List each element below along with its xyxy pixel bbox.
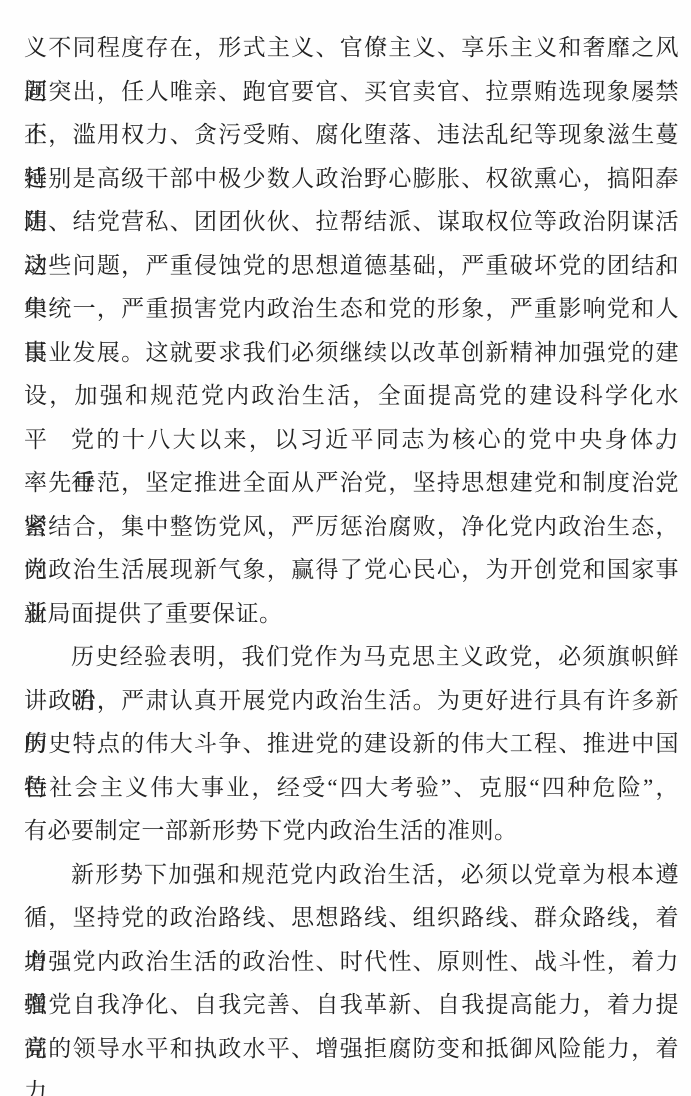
text-line: 增强党内政治生活的政治性、时代性、原则性、战斗性，着力增 [24, 940, 679, 984]
document-background: { "page": { "background_color": "#fefefe… [0, 0, 691, 1096]
text-line: 历史经验表明，我们党作为马克思主义政党，必须旗帜鲜明 [24, 635, 679, 679]
text-line: 义不同程度存在，形式主义、官僚主义、享乐主义和奢靡之风问 [24, 26, 679, 70]
text-line: 率先垂范，坚定推进全面从严治党，坚持思想建党和制度治党紧 [24, 461, 679, 505]
paragraph: 党的十八大以来，以习近平同志为核心的党中央身体力行、率先垂范，坚定推进全面从严治… [24, 418, 679, 636]
text-line: 题突出，任人唯亲、跑官要官、买官卖官、拉票贿选现象屡禁不 [24, 70, 679, 114]
text-line: 新局面提供了重要保证。 [24, 592, 679, 636]
document-page: 义不同程度存在，形式主义、官僚主义、享乐主义和奢靡之风问题突出，任人唯亲、跑官要… [0, 0, 691, 1096]
text-line: 党的十八大以来，以习近平同志为核心的党中央身体力行、 [24, 418, 679, 462]
text-line: 内政治生活展现新气象，赢得了党心民心，为开创党和国家事业 [24, 548, 679, 592]
text-line: 强党自我净化、自我完善、自我革新、自我提高能力，着力提高 [24, 983, 679, 1027]
paragraph: 新形势下加强和规范党内政治生活，必须以党章为根本遵循，坚持党的政治路线、思想路线… [24, 853, 679, 1071]
text-line: 循，坚持党的政治路线、思想路线、组织路线、群众路线，着力 [24, 896, 679, 940]
text-line: 止，滥用权力、贪污受贿、腐化堕落、违法乱纪等现象滋生蔓延。 [24, 113, 679, 157]
text-block: 义不同程度存在，形式主义、官僚主义、享乐主义和奢靡之风问题突出，任人唯亲、跑官要… [24, 26, 679, 1070]
text-line: 特别是高级干部中极少数人政治野心膨胀、权欲熏心，搞阳奉阴 [24, 157, 679, 201]
text-line: 有必要制定一部新形势下党内政治生活的准则。 [24, 809, 679, 853]
text-line: 讲政治，严肃认真开展党内政治生活。为更好进行具有许多新的 [24, 679, 679, 723]
text-line: 密结合，集中整饬党风，严厉惩治腐败，净化党内政治生态，党 [24, 505, 679, 549]
paragraph: 历史经验表明，我们党作为马克思主义政党，必须旗帜鲜明讲政治，严肃认真开展党内政治… [24, 635, 679, 853]
text-line: 违、结党营私、团团伙伙、拉帮结派、谋取权位等政治阴谋活动。 [24, 200, 679, 244]
text-line: 党的领导水平和执政水平、增强拒腐防变和抵御风险能力，着力 [24, 1027, 679, 1071]
text-line: 历史特点的伟大斗争、推进党的建设新的伟大工程、推进中国特 [24, 722, 679, 766]
text-line: 这些问题，严重侵蚀党的思想道德基础，严重破坏党的团结和集 [24, 244, 679, 288]
text-line: 色社会主义伟大事业，经受“四大考验”、克服“四种危险”， [24, 766, 679, 810]
text-line: 新形势下加强和规范党内政治生活，必须以党章为根本遵 [24, 853, 679, 897]
text-line: 事业发展。这就要求我们必须继续以改革创新精神加强党的建 [24, 331, 679, 375]
paragraph: 义不同程度存在，形式主义、官僚主义、享乐主义和奢靡之风问题突出，任人唯亲、跑官要… [24, 26, 679, 418]
text-line: 设，加强和规范党内政治生活，全面提高党的建设科学化水平。 [24, 374, 679, 418]
text-line: 中统一，严重损害党内政治生态和党的形象，严重影响党和人民 [24, 287, 679, 331]
